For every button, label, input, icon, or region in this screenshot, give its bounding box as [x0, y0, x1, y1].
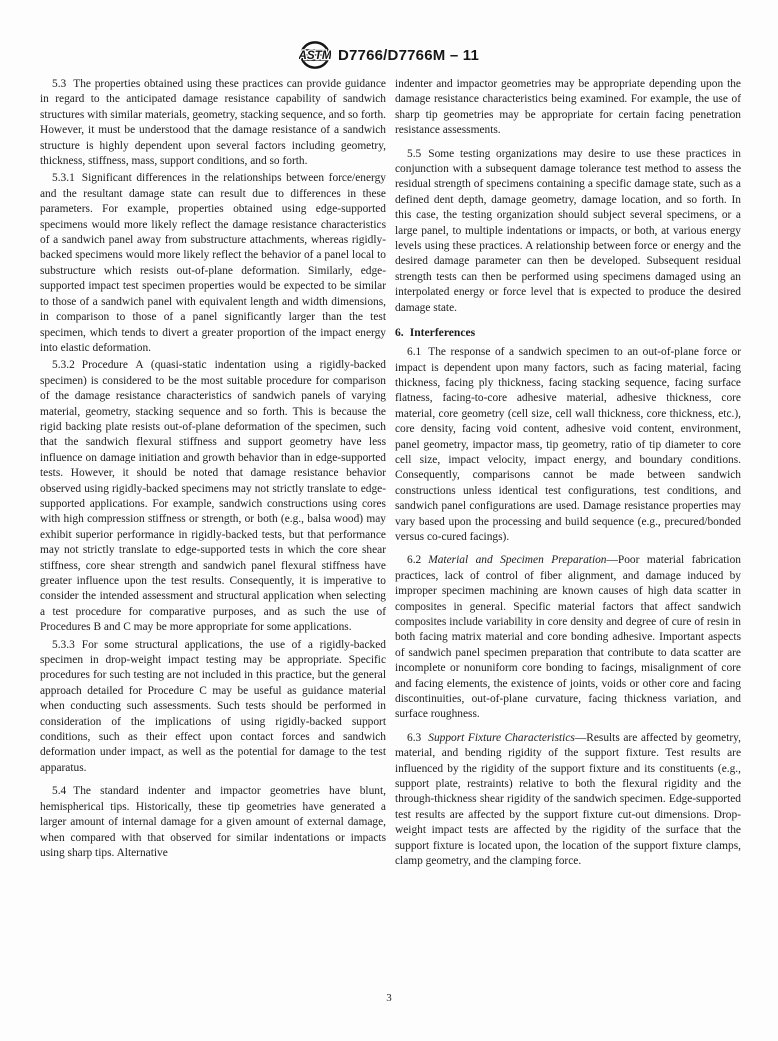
paragraph-text: Some testing organizations may desire to… — [395, 148, 741, 314]
paragraph-5-3-2: 5.3.2Procedure A (quasi-static indentati… — [40, 358, 386, 635]
astm-logo-text: ASTM — [299, 49, 331, 62]
paragraph-6-1: 6.1The response of a sandwich specimen t… — [395, 345, 741, 545]
paragraph-text: Procedure A (quasi-static indentation us… — [40, 359, 386, 633]
paragraph-text: For some structural applications, the us… — [40, 639, 386, 774]
page-number: 3 — [386, 992, 392, 1004]
paragraph-number: 5.3 — [52, 78, 66, 90]
page-footer: 3 — [0, 992, 778, 1004]
paragraph-5-3-1: 5.3.1Significant differences in the rela… — [40, 171, 386, 356]
paragraph-text: —Results are affected by geometry, mater… — [395, 732, 741, 867]
paragraph-number: 6.2 — [407, 554, 421, 566]
paragraph-number: 5.3.1 — [52, 172, 75, 184]
paragraph-text: The standard indenter and impactor geome… — [40, 785, 386, 859]
paragraph-text: The properties obtained using these prac… — [40, 78, 386, 167]
paragraph-number: 5.5 — [407, 148, 421, 160]
paragraph-5-4: 5.4The standard indenter and impactor ge… — [40, 784, 386, 861]
section-number: 6. — [395, 326, 404, 339]
paragraph-6-3: 6.3Support Fixture Characteristics—Resul… — [395, 731, 741, 870]
paragraph-5-5: 5.5Some testing organizations may desire… — [395, 147, 741, 316]
paragraph-text: —Poor material fabrication practices, la… — [395, 554, 741, 720]
paragraph-text: Significant differences in the relations… — [40, 172, 386, 353]
paragraph-number: 5.4 — [52, 785, 66, 797]
section-heading-interferences: 6.Interferences — [395, 325, 741, 340]
paragraph-5-3-3: 5.3.3For some structural applications, t… — [40, 638, 386, 777]
document-page: ASTM D7766/D7766M – 11 5.3The properties… — [0, 0, 778, 1041]
paragraph-6-2: 6.2Material and Specimen Preparation—Poo… — [395, 553, 741, 722]
paragraph-number: 6.3 — [407, 732, 421, 744]
paragraph-text: The response of a sandwich specimen to a… — [395, 346, 741, 543]
paragraph-number: 5.3.3 — [52, 639, 75, 651]
paragraph-5-4-continuation: indenter and impactor geometries may be … — [395, 77, 741, 139]
astm-logo-icon: ASTM — [299, 40, 331, 70]
paragraph-number: 6.1 — [407, 346, 421, 358]
paragraph-5-3: 5.3The properties obtained using these p… — [40, 77, 386, 169]
section-title: Interferences — [410, 326, 475, 339]
right-column: indenter and impactor geometries may be … — [395, 77, 741, 870]
standard-designation: D7766/D7766M – 11 — [338, 47, 479, 64]
left-column: 5.3The properties obtained using these p… — [40, 77, 386, 870]
paragraph-lead-italic: Material and Specimen Preparation — [428, 554, 606, 566]
paragraph-text: indenter and impactor geometries may be … — [395, 78, 741, 136]
paragraph-number: 5.3.2 — [52, 359, 75, 371]
page-header: ASTM D7766/D7766M – 11 — [0, 40, 778, 70]
document-body: 5.3The properties obtained using these p… — [40, 77, 741, 870]
paragraph-lead-italic: Support Fixture Characteristics — [428, 732, 575, 744]
